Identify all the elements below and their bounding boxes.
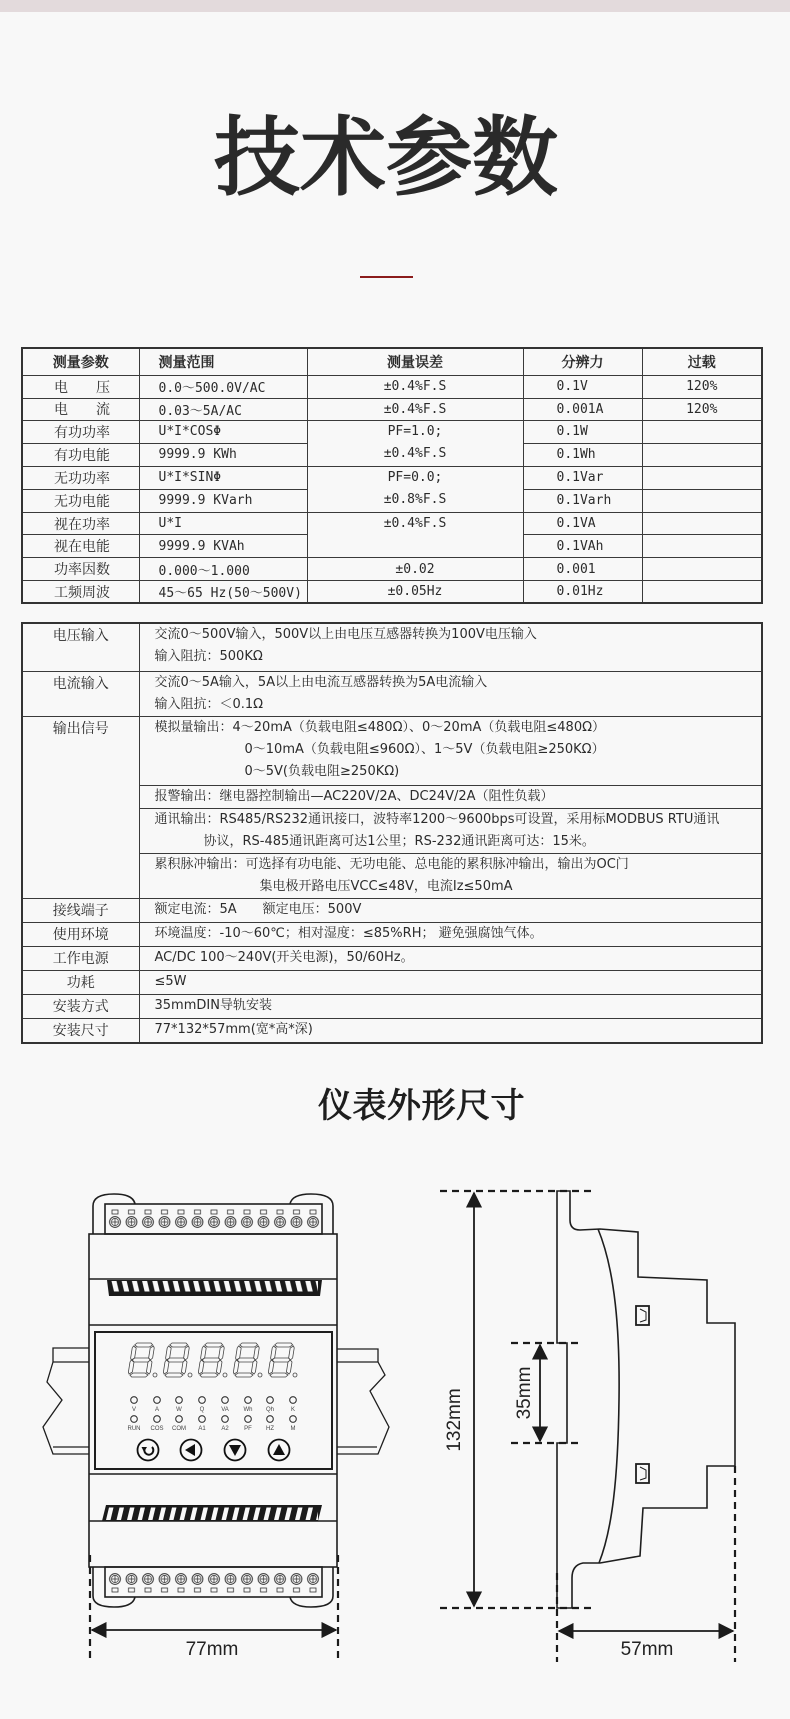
latch-slot-bottom [636,1464,649,1483]
table-row: 输出信号 模拟量输出：4～20mA（负载电阻≤480Ω）、0～20mA（负载电阻… [22,716,762,785]
side-profile [557,1191,735,1608]
value-line: 通讯输出：RS485/RS232通讯接口，波特率1200～9600bps可设置，… [155,809,762,831]
value-line: 交流0～500V输入，500V以上由电压互感器转换为100V电压输入 [155,624,762,646]
overload-cell [642,443,762,466]
down-arrow-button-icon [225,1440,246,1461]
resolution-cell: 0.1Wh [523,443,642,466]
resolution-cell: 0.01Hz [523,580,642,603]
led-label: HZ [266,1426,274,1432]
led-label: PF [244,1426,252,1432]
row-label: 电压输入 [22,623,139,671]
pulse-output-value: 累积脉冲输出：可选择有功电能、无功电能、总电能的累积脉冲输出，输出为OC门 集电… [139,853,762,898]
table-row: 接线端子 额定电流：5A 额定电压：500V [22,898,762,922]
range-cell: U*I*SINΦ [139,466,307,489]
led-label: Q [200,1407,205,1413]
height-label: 132mm [444,1388,465,1451]
error-line: PF=1.0; [308,421,523,443]
error-cell-merged: PF=0.0; ±0.8%F.S [307,466,523,512]
error-cell: ±0.05Hz [307,580,523,603]
row-value: 环境温度：-10～60℃；相对湿度：≤85%RH； 避免强腐蚀气体。 [139,922,762,946]
row-value: 35mmDIN导轨安装 [139,994,762,1018]
led-label: A [155,1407,159,1413]
table-row: 电 压 0.0～500.0V/AC ±0.4%F.S 0.1V 120% [22,376,762,399]
overload-cell [642,421,762,444]
bottom-vent [102,1505,322,1521]
row-value: 交流0～5A输入，5A以上由电流互感器转换为5A电流输入 输入阻抗：＜0.1Ω [139,671,762,716]
depth-dimension [557,1466,735,1662]
error-line: PF=0.0; [308,467,523,489]
title-divider [360,276,413,278]
configuration-table: 电压输入 交流0～500V输入，500V以上由电压互感器转换为100V电压输入 … [21,622,763,1044]
display-panel [95,1332,332,1469]
row-label: 安装方式 [22,994,139,1018]
led-label: Wh [244,1407,253,1413]
error-cell-merged: PF=1.0; ±0.4%F.S [307,421,523,467]
range-cell: 0.03～5A/AC [139,398,307,421]
row-label: 安装尺寸 [22,1018,139,1043]
value-line: 累积脉冲输出：可选择有功电能、无功电能、总电能的累积脉冲输出，输出为OC门 [155,854,762,876]
led-labels: V A W Q VA Wh Qh K RUN COS COM A1 A2 PF … [128,1407,296,1432]
resolution-cell: 0.1W [523,421,642,444]
led-label: A1 [198,1426,206,1432]
row-label: 功耗 [22,970,139,994]
row-label: 接线端子 [22,898,139,922]
range-cell: 0.000～1.000 [139,558,307,581]
table-row: 无功功率 U*I*SINΦ PF=0.0; ±0.8%F.S 0.1Var [22,466,762,489]
error-line: ±0.8%F.S [308,489,523,511]
width-label: 77mm [186,1639,239,1660]
table-row: 工频周波 45～65 Hz(50～500V) ±0.05Hz 0.01Hz [22,580,762,603]
overload-cell [642,489,762,512]
meter-body [89,1234,337,1567]
return-button-icon [138,1440,159,1461]
param-cell: 视在电能 [22,535,139,558]
resolution-cell: 0.001 [523,558,642,581]
bottom-right-ear [290,1567,333,1607]
resolution-cell: 0.1Var [523,466,642,489]
right-din-clip [337,1349,389,1454]
column-header: 过载 [642,348,762,376]
table-row: 使用环境 环境温度：-10～60℃；相对湿度：≤85%RH； 避免强腐蚀气体。 [22,922,762,946]
resolution-cell: 0.1VA [523,512,642,535]
dimensions-title: 仪表外形尺寸 [318,1084,525,1128]
row-value: 额定电流：5A 额定电压：500V [139,898,762,922]
table-row: 安装方式 35mmDIN导轨安装 [22,994,762,1018]
led-label: W [176,1407,182,1413]
error-cell: ±0.4%F.S [307,376,523,399]
range-cell: U*I*COSΦ [139,421,307,444]
row-value: ≤5W [139,970,762,994]
top-right-ear [290,1194,333,1234]
range-cell: 0.0～500.0V/AC [139,376,307,399]
table-row: 工作电源 AC/DC 100～240V(开关电源)，50/60Hz。 [22,946,762,970]
led-indicators [131,1397,297,1423]
value-line: 交流0～5A输入，5A以上由电流互感器转换为5A电流输入 [155,672,762,694]
table-row: 视在功率 U*I ±0.4%F.S 0.1VA [22,512,762,535]
param-cell: 功率因数 [22,558,139,581]
value-line: 输入阻抗：＜0.1Ω [155,694,762,716]
top-bar [0,0,790,12]
table-row: 电流输入 交流0～5A输入，5A以上由电流互感器转换为5A电流输入 输入阻抗：＜… [22,671,762,716]
latch-slot-top [636,1306,649,1325]
value-line: 输入阻抗：500KΩ [155,646,762,668]
led-label: M [291,1426,296,1432]
led-label: K [291,1407,295,1413]
overload-cell: 120% [642,398,762,421]
table-row: 电压输入 交流0～500V输入，500V以上由电压互感器转换为100V电压输入 … [22,623,762,671]
left-din-clip [43,1348,89,1454]
param-cell: 电 流 [22,398,139,421]
side-view-drawing [557,1191,735,1608]
error-line: ±0.4%F.S [308,513,523,535]
range-cell: 9999.9 KVarh [139,489,307,512]
measurement-spec-table: 测量参数 测量范围 测量误差 分辨力 过载 电 压 0.0～500.0V/AC … [21,347,763,604]
depth-label: 57mm [621,1639,674,1660]
param-cell: 无功电能 [22,489,139,512]
analog-output-value: 模拟量输出：4～20mA（负载电阻≤480Ω）、0～20mA（负载电阻≤480Ω… [139,716,762,785]
height-dimension [440,1191,592,1608]
table-row: 功率因数 0.000～1.000 ±0.02 0.001 [22,558,762,581]
overload-cell [642,558,762,581]
range-cell: U*I [139,512,307,535]
row-label: 使用环境 [22,922,139,946]
top-left-ear [93,1194,135,1234]
param-cell: 有功电能 [22,443,139,466]
overload-cell: 120% [642,376,762,399]
top-terminal-block [105,1204,322,1234]
overload-cell [642,512,762,535]
table-row: 电 流 0.03～5A/AC ±0.4%F.S 0.001A 120% [22,398,762,421]
comm-output-value: 通讯输出：RS485/RS232通讯接口，波特率1200～9600bps可设置，… [139,808,762,853]
row-value: 77*132*57mm(宽*高*深) [139,1018,762,1043]
row-value: 交流0～500V输入，500V以上由电压互感器转换为100V电压输入 输入阻抗：… [139,623,762,671]
bottom-left-ear [93,1567,135,1607]
overload-cell [642,580,762,603]
value-line: 模拟量输出：4～20mA（负载电阻≤480Ω）、0～20mA（负载电阻≤480Ω… [155,717,762,739]
page-title: 技术参数 [0,112,772,204]
led-label: V [132,1407,136,1413]
row-label: 输出信号 [22,716,139,898]
rail-dimension [511,1343,583,1443]
led-label: VA [221,1407,229,1413]
value-line: 协议，RS-485通讯距离可达1公里；RS-232通讯距离可达：15米。 [155,831,762,853]
alarm-output-value: 报警输出：继电器控制输出—AC220V/2A、DC24V/2A（阻性负载） [139,785,762,808]
param-cell: 视在功率 [22,512,139,535]
error-cell-merged: ±0.4%F.S [307,512,523,558]
error-line: ±0.4%F.S [308,443,523,465]
resolution-cell: 0.1V [523,376,642,399]
range-cell: 9999.9 KWh [139,443,307,466]
range-cell: 9999.9 KVAh [139,535,307,558]
row-label: 电流输入 [22,671,139,716]
value-line: 0～10mA（负载电阻≤960Ω）、1～5V（负载电阻≥250KΩ） [155,739,762,761]
error-cell: ±0.4%F.S [307,398,523,421]
up-arrow-button-icon [269,1440,290,1461]
column-header: 测量误差 [307,348,523,376]
resolution-cell: 0.1VAh [523,535,642,558]
row-label: 工作电源 [22,946,139,970]
param-cell: 无功功率 [22,466,139,489]
table-header-row: 测量参数 测量范围 测量误差 分辨力 过载 [22,348,762,376]
table-row: 功耗 ≤5W [22,970,762,994]
table-row: 安装尺寸 77*132*57mm(宽*高*深) [22,1018,762,1043]
bottom-terminal-block [105,1567,322,1597]
rail-label: 35mm [514,1367,535,1420]
led-label: COS [150,1426,163,1432]
resolution-cell: 0.1Varh [523,489,642,512]
param-cell: 有功功率 [22,421,139,444]
range-cell: 45～65 Hz(50～500V) [139,580,307,603]
width-dimension [90,1555,338,1662]
value-line: 0～5V(负载电阻≥250KΩ) [155,761,762,783]
overload-cell [642,466,762,489]
column-header: 测量范围 [139,348,307,376]
param-cell: 电 压 [22,376,139,399]
front-view-drawing [43,1194,389,1607]
resolution-cell: 0.001A [523,398,642,421]
led-label: Qh [266,1407,274,1413]
led-label: RUN [128,1426,141,1432]
left-arrow-button-icon [181,1440,202,1461]
row-value: AC/DC 100～240V(开关电源)，50/60Hz。 [139,946,762,970]
overload-cell [642,535,762,558]
led-label: COM [172,1426,186,1432]
value-line: 报警输出：继电器控制输出—AC220V/2A、DC24V/2A（阻性负载） [155,786,762,808]
column-header: 分辨力 [523,348,642,376]
error-line [308,535,523,557]
table-row: 有功功率 U*I*COSΦ PF=1.0; ±0.4%F.S 0.1W [22,421,762,444]
error-cell: ±0.02 [307,558,523,581]
led-label: A2 [221,1426,229,1432]
param-cell: 工频周波 [22,580,139,603]
value-line: 集电极开路电压VCC≤48V，电流Iz≤50mA [155,876,762,898]
seven-segment-display [128,1343,297,1377]
top-vent [107,1280,322,1296]
front-face-curve [598,1229,619,1563]
column-header: 测量参数 [22,348,139,376]
